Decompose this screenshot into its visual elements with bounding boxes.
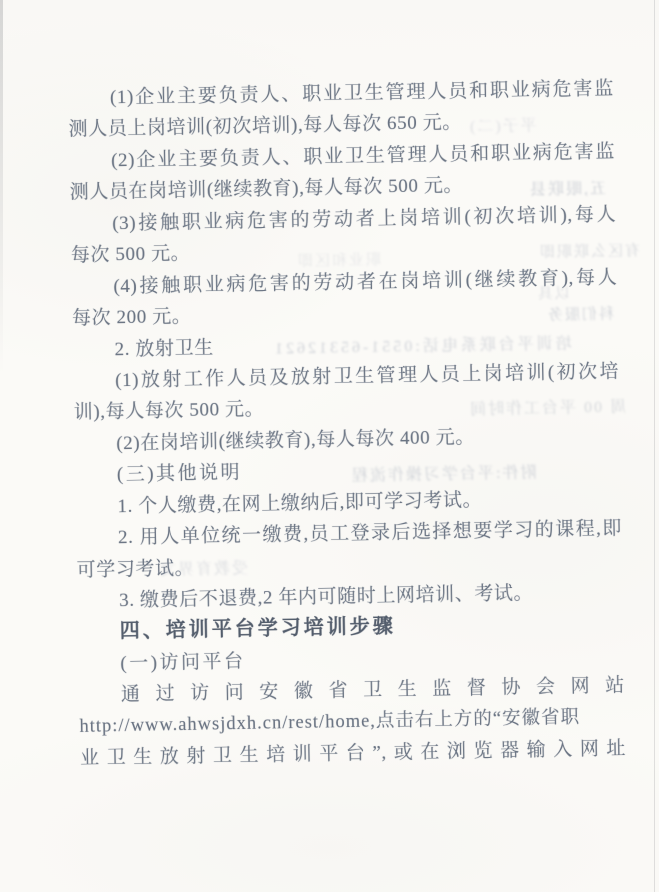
scan-edge-line-right (654, 0, 655, 892)
scan-edge-artifact-left (0, 0, 3, 375)
document-body: (1)企业主要负责人、职业卫生管理人员和职业病危害监测人员上岗培训(初次培训),… (68, 73, 627, 775)
scanned-document-page: 平子(二)五,眼联县有区么联职即职业和区即以具科们服务培训平台联系电话:0551… (0, 0, 659, 892)
